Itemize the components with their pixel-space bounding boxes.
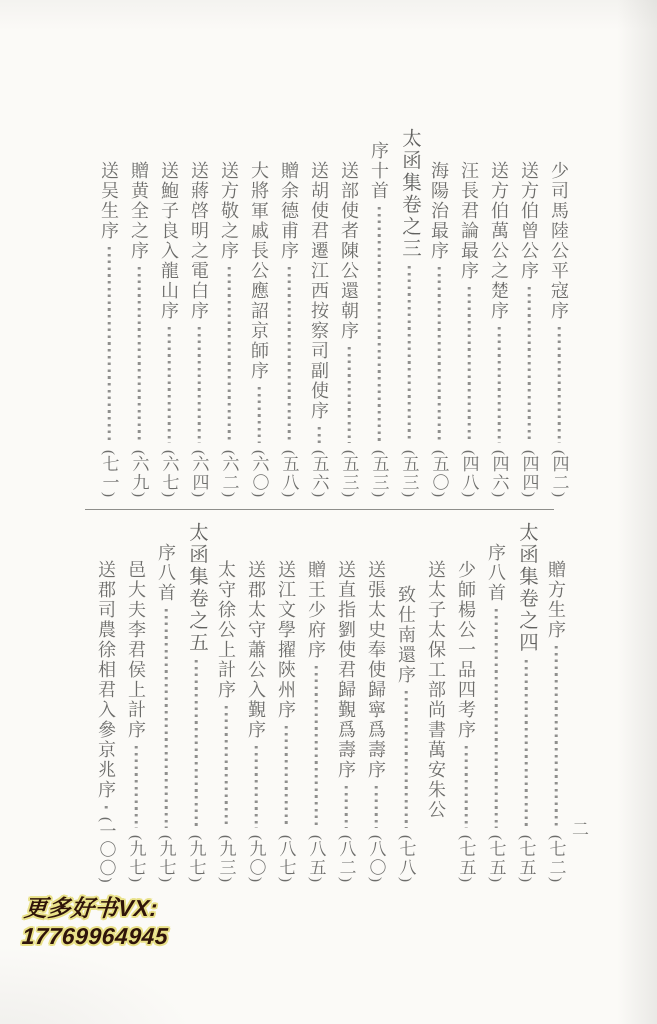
toc-entry-column: 汪長君論最序(四八)	[458, 128, 480, 497]
paren-close: )	[551, 492, 567, 497]
paren-close: )	[401, 492, 417, 497]
entry-title: 送方敬之序	[216, 161, 242, 261]
toc-top-half: 少司馬陸公平寇序(四二)送方伯曾公序(四四)送方伯萬公之楚序(四六)汪長君論最序…	[84, 128, 570, 497]
toc-entry-column: 送張太史奉使歸寧爲壽序(八〇)	[365, 522, 387, 882]
section-heading-column: 序八首(九七)	[155, 522, 177, 882]
toc-entry-column: 送直指劉使君歸覲爲壽序(八二)	[335, 522, 357, 882]
scanned-book-page: 少司馬陸公平寇序(四二)送方伯曾公序(四四)送方伯萬公之楚序(四六)汪長君論最序…	[0, 0, 657, 1024]
paren-close: )	[278, 877, 294, 882]
entry-title: 贈黄全之序	[126, 161, 152, 261]
paren-close: )	[521, 492, 537, 497]
entry-title: 少師楊公一品四考序	[453, 560, 479, 740]
paren-close: )	[161, 492, 177, 497]
dotted-leader	[545, 640, 567, 835]
dotted-leader	[125, 740, 147, 835]
page-number-value: 六〇	[250, 455, 269, 492]
entry-title: 送部使者陳公還朝序	[336, 161, 362, 341]
page-number: (一〇〇)	[94, 817, 119, 883]
page-number: (七一)	[97, 450, 122, 497]
toc-entry-column: 贈方生序(七二)	[545, 522, 567, 882]
page-number: (五三)	[367, 450, 392, 497]
dotted-leader	[365, 780, 387, 835]
toc-entry-column: 送方伯萬公之楚序(四六)	[488, 128, 510, 497]
folio-number: 二	[566, 820, 591, 837]
page-number: (八七)	[274, 835, 299, 882]
toc-entry-column: 送胡使君遷江西按察司副使序(五六)	[308, 128, 330, 497]
paren-close: )	[281, 492, 297, 497]
dotted-leader	[98, 241, 120, 450]
page-number: (六九)	[127, 450, 152, 497]
entry-title: 太守徐公上計序	[213, 560, 239, 700]
toc-entry-column: 送郡司農徐相君入參京兆序(一〇〇)	[95, 522, 117, 882]
paren-close: )	[368, 877, 384, 882]
page-number-value: 七五	[517, 840, 536, 877]
dotted-leader	[488, 321, 510, 450]
page-number-value: 四八	[460, 455, 479, 492]
page-number: (六二)	[217, 450, 242, 497]
page-number: (八二)	[334, 835, 359, 882]
dotted-leader	[368, 201, 390, 450]
entry-title: 序八首	[483, 543, 509, 603]
entry-title: 致仕南還序	[393, 585, 419, 685]
volume-title-column: 太函集卷之三(五三)	[398, 128, 420, 497]
paren-close: )	[311, 492, 327, 497]
paren-close: )	[371, 492, 387, 497]
page-number-value: 八五	[307, 840, 326, 877]
entry-title: 送鮑子良入龍山序	[156, 161, 182, 321]
dotted-leader	[128, 261, 150, 450]
dotted-leader	[155, 603, 177, 835]
page-number: (六四)	[187, 450, 212, 497]
toc-entry-column: 致仕南還序(七八)	[395, 522, 417, 882]
page-number: (四四)	[517, 450, 542, 497]
dotted-leader	[398, 260, 420, 450]
entry-title: 送蔣啓明之電白序	[186, 161, 212, 321]
page-number-value: 七二	[547, 840, 566, 877]
entry-title: 大將軍戚長公應詔京師序	[246, 161, 272, 381]
page-number-value: 五六	[310, 455, 329, 492]
page-number: (五〇)	[427, 450, 452, 497]
entry-title: 送太子太保工部尚書萬安朱公	[423, 560, 449, 820]
page-number-value: 六九	[130, 455, 149, 492]
toc-entry-column: 少師楊公一品四考序(七五)	[455, 522, 477, 882]
toc-entry-column: 送方伯曾公序(四四)	[518, 128, 540, 497]
paren-close: )	[221, 492, 237, 497]
entry-title: 送直指劉使君歸覲爲壽序	[333, 560, 359, 780]
page-number-value: 六四	[190, 455, 209, 492]
page-number-value: 一〇〇	[97, 822, 116, 878]
entry-title: 送江文學擢陝州序	[273, 560, 299, 720]
entry-title: 送吴生序	[96, 161, 122, 241]
entry-title: 贈余德甫序	[276, 161, 302, 261]
page-number: (九七)	[154, 835, 179, 882]
dotted-leader	[455, 740, 477, 835]
paren-close: )	[218, 877, 234, 882]
page-number-value: 九〇	[247, 840, 266, 877]
dotted-leader	[218, 261, 240, 450]
toc-entry-column: 贈王少府序(八五)	[305, 522, 327, 882]
page-number: (五三)	[337, 450, 362, 497]
page-number: (五三)	[397, 450, 422, 497]
entry-title: 送方伯萬公之楚序	[486, 161, 512, 321]
entry-title: 太函集卷之四	[512, 522, 540, 654]
page-number-value: 五三	[370, 455, 389, 492]
paren-close: )	[518, 877, 534, 882]
dotted-leader	[185, 654, 207, 835]
entry-title: 太函集卷之三	[395, 128, 423, 260]
page-number-value: 九三	[217, 840, 236, 877]
toc-entry-column: 少司馬陸公平寇序(四二)	[548, 128, 570, 497]
dotted-leader	[548, 321, 570, 450]
dotted-leader	[188, 321, 210, 450]
toc-entry-column: 送鮑子良入龍山序(六七)	[158, 128, 180, 497]
page-number: (六〇)	[247, 450, 272, 497]
toc-entry-column: 送部使者陳公還朝序(五三)	[338, 128, 360, 497]
entry-title: 邑大夫李君侯上計序	[123, 560, 149, 740]
paren-close: )	[308, 877, 324, 882]
dotted-leader	[248, 381, 270, 450]
toc-bottom-half: 贈方生序(七二)太函集卷之四(七五)序八首(七五)少師楊公一品四考序(七五)送太…	[81, 522, 567, 882]
toc-entry-column: 送吴生序(七一)	[98, 128, 120, 497]
toc-entry-column: 邑大夫李君侯上計序(九七)	[125, 522, 147, 882]
dotted-leader	[518, 281, 540, 450]
paren-close: )	[488, 877, 504, 882]
page-number: (七五)	[514, 835, 539, 882]
page-number: (四六)	[487, 450, 512, 497]
toc-entry-column: 太守徐公上計序(九三)	[215, 522, 237, 882]
volume-title-column: 太函集卷之五(九七)	[185, 522, 207, 882]
paren-close: )	[248, 877, 264, 882]
page-number: (九七)	[184, 835, 209, 882]
page-number: (七五)	[484, 835, 509, 882]
dotted-leader	[458, 281, 480, 450]
page-number: (七八)	[394, 835, 419, 882]
entry-title: 序八首	[153, 543, 179, 603]
paren-close: )	[491, 492, 507, 497]
dotted-leader	[215, 700, 237, 835]
paren-close: )	[128, 877, 144, 882]
dotted-leader	[305, 660, 327, 835]
page-number-value: 五三	[400, 455, 419, 492]
paren-close: )	[158, 877, 174, 882]
paren-close: )	[431, 492, 447, 497]
page-number-value: 四六	[490, 455, 509, 492]
watermark-line2: 17769964945	[21, 923, 169, 951]
seller-watermark: 更多好书VX: 17769964945	[21, 895, 171, 950]
toc-entry-column: 大將軍戚長公應詔京師序(六〇)	[248, 128, 270, 497]
paren-close: )	[398, 877, 414, 882]
toc-entry-column: 送江文學擢陝州序(八七)	[275, 522, 297, 882]
page-number: (七五)	[454, 835, 479, 882]
entry-title: 送胡使君遷江西按察司副使序	[306, 161, 332, 421]
dotted-leader	[275, 720, 297, 835]
entry-title: 贈王少府序	[303, 560, 329, 660]
paren-close: )	[341, 492, 357, 497]
entry-title: 送郡太守蕭公入覲序	[243, 560, 269, 740]
page-number-value: 八七	[277, 840, 296, 877]
toc-entry-column: 送方敬之序(六二)	[218, 128, 240, 497]
entry-title: 太函集卷之五	[182, 522, 210, 654]
page-number: (五八)	[277, 450, 302, 497]
toc-entry-column: 送蔣啓明之電白序(六四)	[188, 128, 210, 497]
page-number-value: 五八	[280, 455, 299, 492]
page-number-value: 八二	[337, 840, 356, 877]
page-number-value: 六七	[160, 455, 179, 492]
entry-title: 海陽治最序	[426, 161, 452, 261]
page-number-value: 七八	[397, 840, 416, 877]
paren-close: )	[101, 492, 117, 497]
paren-close: )	[188, 877, 204, 882]
paren-close: )	[251, 492, 267, 497]
entry-title: 送張太史奉使歸寧爲壽序	[363, 560, 389, 780]
dotted-leader	[395, 685, 417, 835]
paren-close: )	[338, 877, 354, 882]
page-number-value: 九七	[157, 840, 176, 877]
entry-title: 汪長君論最序	[456, 161, 482, 281]
page-number-value: 八〇	[367, 840, 386, 877]
page-number-value: 五三	[340, 455, 359, 492]
watermark-line1: 更多好书VX:	[23, 895, 171, 923]
section-heading-column: 序十首(五三)	[368, 128, 390, 497]
dotted-leader	[308, 421, 330, 450]
paren-close: )	[458, 877, 474, 882]
paren-close: )	[191, 492, 207, 497]
dotted-leader	[515, 654, 537, 835]
entry-title: 少司馬陸公平寇序	[546, 161, 572, 321]
dotted-leader	[158, 321, 180, 450]
page-number: (九〇)	[244, 835, 269, 882]
page-number: (四八)	[457, 450, 482, 497]
toc-entry-column: 送太子太保工部尚書萬安朱公	[425, 522, 447, 882]
page-number-value: 四四	[520, 455, 539, 492]
paren-close: )	[98, 877, 114, 882]
page-number-value: 四二	[550, 455, 569, 492]
page-number: (九七)	[124, 835, 149, 882]
paren-close: )	[548, 877, 564, 882]
page-number: (八〇)	[364, 835, 389, 882]
page-number-value: 九七	[127, 840, 146, 877]
page-number-value: 九七	[187, 840, 206, 877]
page-number-value: 七五	[487, 840, 506, 877]
dotted-leader	[245, 740, 267, 835]
page-number-value: 七五	[457, 840, 476, 877]
paren-close: )	[131, 492, 147, 497]
entry-title: 送方伯曾公序	[516, 161, 542, 281]
paren-close: )	[461, 492, 477, 497]
page-number: (九三)	[214, 835, 239, 882]
dotted-leader	[335, 780, 357, 835]
dotted-leader	[278, 261, 300, 450]
toc-entry-column: 贈黄全之序(六九)	[128, 128, 150, 497]
volume-title-column: 太函集卷之四(七五)	[515, 522, 537, 882]
page-number: (八五)	[304, 835, 329, 882]
page-number-value: 六二	[220, 455, 239, 492]
dotted-leader	[485, 603, 507, 835]
dotted-leader	[338, 341, 360, 450]
page-number: (六七)	[157, 450, 182, 497]
page-number: (五六)	[307, 450, 332, 497]
toc-entry-column: 贈余德甫序(五八)	[278, 128, 300, 497]
entry-title: 送郡司農徐相君入參京兆序	[93, 560, 119, 800]
page-number: (七二)	[544, 835, 569, 882]
page-number: (四二)	[547, 450, 572, 497]
toc-entry-column: 海陽治最序(五〇)	[428, 128, 450, 497]
entry-title: 贈方生序	[543, 560, 569, 640]
toc-entry-column: 送郡太守蕭公入覲序(九〇)	[245, 522, 267, 882]
dotted-leader	[428, 261, 450, 450]
section-heading-column: 序八首(七五)	[485, 522, 507, 882]
dotted-leader	[95, 800, 117, 817]
page-number-value: 七一	[100, 455, 119, 492]
page-number-value: 五〇	[430, 455, 449, 492]
half-page-divider-line	[85, 509, 554, 510]
entry-title: 序十首	[366, 141, 392, 201]
